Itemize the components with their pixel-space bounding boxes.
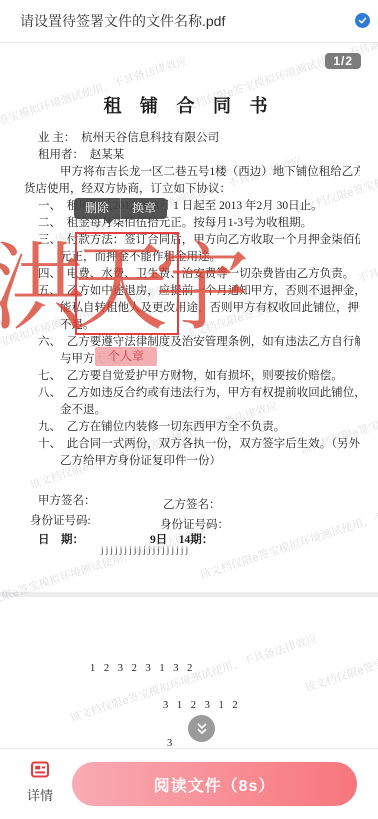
- contract-line: 乙方给甲方身份证复印件一份）: [24, 453, 360, 470]
- party-a-id-label: 身份证号码:: [30, 512, 91, 528]
- date-label: 日 期：: [38, 531, 84, 547]
- seal-context-menu: 删除 换章: [74, 198, 167, 219]
- page2-number-row-1: 1 2 3 2 3 1 3 2: [90, 663, 195, 674]
- document-viewer[interactable]: 租 铺 合 同 书 业 主： 杭州天谷信息科技有限公司 租用者： 赵某某 甲方将…: [0, 42, 378, 749]
- delete-seal-button[interactable]: 删除: [74, 198, 120, 219]
- page-indicator-badge: 1/2: [325, 53, 361, 69]
- party-b-id-label: 身份证号码：: [160, 516, 229, 532]
- contract-line: 甲方将布吉长龙一区二巷五号1楼（西边）地下铺位租给乙方作旧: [24, 164, 360, 181]
- header: 请设置待签署文件的文件名称.pdf: [0, 0, 378, 43]
- contract-title: 租 铺 合 同 书: [0, 92, 378, 118]
- details-label: 详情: [24, 785, 56, 804]
- pdf-page-2: 1 2 3 2 3 1 3 2 3 1 2 3 1 2 3: [0, 597, 378, 749]
- menu-arrow: [104, 219, 114, 229]
- footer-bar: 详情 阅读文件（8s）: [0, 748, 378, 819]
- contract-line: 与甲方无关。: [24, 351, 360, 368]
- document-details-icon: [31, 761, 49, 783]
- contract-line: 十、 此合同一式两份，双方各执一份，双方签字后生效。（另外：: [24, 436, 360, 453]
- pdf-page-1: 租 铺 合 同 书 业 主： 杭州天谷信息科技有限公司 租用者： 赵某某 甲方将…: [0, 43, 378, 592]
- app-screen: 请设置待签署文件的文件名称.pdf 租 铺 合 同 书 业 主： 杭州天谷信息科…: [0, 0, 378, 819]
- contract-line: 金不退。: [24, 402, 360, 419]
- contract-line: 九、 乙方在铺位内装修一切东西甲方全不负责。: [24, 419, 360, 436]
- personal-seal-tag: 个人章: [95, 347, 157, 366]
- filler-row: jjjjjjjjjjjjjjjjjjj: [101, 545, 190, 555]
- party-a-signature-label: 甲方签名：: [38, 492, 96, 508]
- page2-number-row-2: 3 1 2 3 1 2: [163, 700, 241, 711]
- file-title: 请设置待签署文件的文件名称.pdf: [20, 0, 225, 42]
- party-b-signature-label: 乙方签名：: [163, 496, 221, 512]
- contract-line: 租用者： 赵某某: [24, 147, 360, 164]
- contract-line: 八、 乙方如违反合约或有违法行为，甲方有权提前收回此铺位，押: [24, 385, 360, 402]
- contract-line: 业 主： 杭州天谷信息科技有限公司: [24, 130, 360, 147]
- double-chevron-down-icon: [195, 722, 209, 736]
- scroll-down-button[interactable]: [188, 715, 215, 742]
- read-file-countdown-button[interactable]: 阅读文件（8s）: [72, 762, 357, 806]
- details-button[interactable]: 详情: [24, 761, 56, 804]
- check-circle-icon: [355, 13, 370, 28]
- change-seal-button[interactable]: 换章: [120, 198, 167, 219]
- seal-placement-box[interactable]: [75, 232, 179, 335]
- contract-line: 六、 乙方要遵守法律制度及治安管理条例，如有违法乙方自行解决: [24, 334, 360, 351]
- contract-line: 七、 乙方要自觉爱护甲方财物，如有损坏，则要按价赔偿。: [24, 368, 360, 385]
- contract-line: 货店使用，经双方协商，订立如下协议：: [24, 181, 360, 198]
